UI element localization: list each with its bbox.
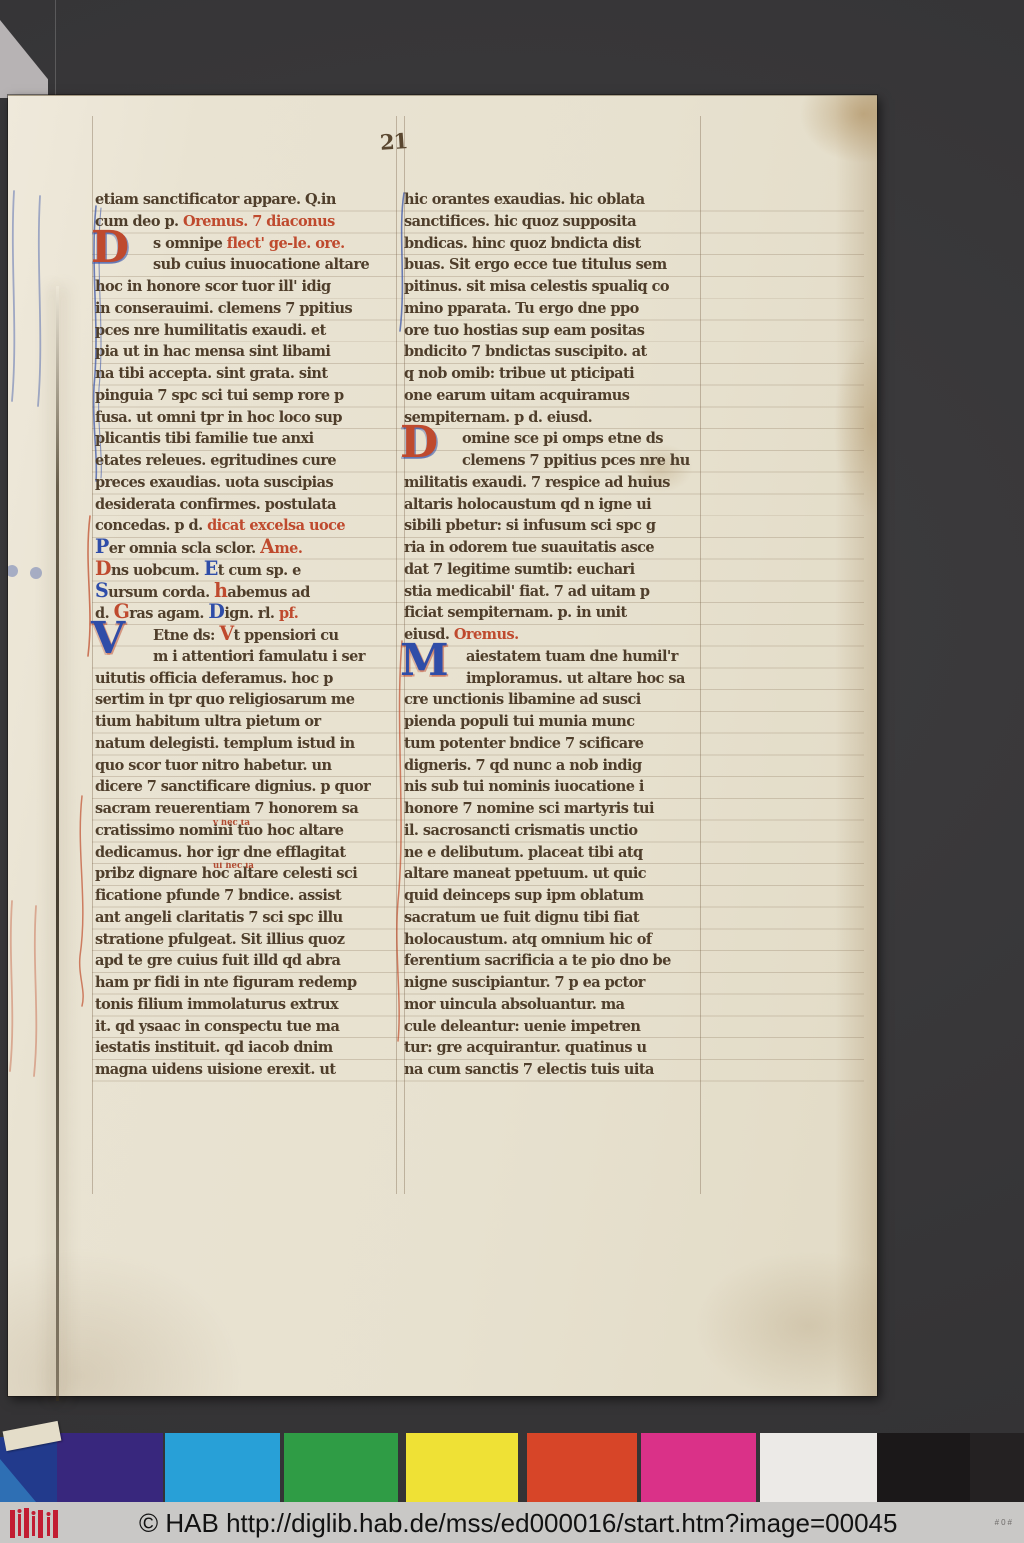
text-segment: etiam sanctificator appare. Q.in — [95, 191, 336, 209]
text-segment: D — [208, 602, 224, 624]
text-line: uitutis officia deferamus. hoc p — [95, 667, 397, 690]
text-segment: me. — [274, 540, 302, 558]
text-segment: quo scor tuor nitro habetur. un — [95, 756, 331, 774]
text-segment: ferentium sacrificia a te pio dno be — [404, 952, 671, 970]
text-line: sacram reuerentiam 7 honorem sa — [95, 798, 397, 821]
color-patch — [760, 1433, 877, 1502]
caption-corner-mark: #0# — [995, 1518, 1014, 1527]
text-segment: sibili pbetur: si infusum sci spc g — [404, 517, 655, 535]
text-segment: pces nre humilitatis exaudi. et — [95, 321, 326, 339]
text-line: mor uincula absoluantur. ma — [404, 993, 706, 1016]
text-line: sacratum ue fuit dignu tibi fiat — [404, 906, 706, 929]
text-segment: Oremus. — [454, 626, 519, 644]
color-patch — [165, 1433, 280, 1502]
text-line: stratione pfulgeat. Sit illius quoz — [95, 928, 397, 951]
text-segment: imploramus. ut altare hoc sa — [466, 669, 685, 687]
text-segment: omine sce pi omps etne ds — [462, 430, 663, 448]
text-line: imploramus. ut altare hoc sa — [404, 667, 768, 690]
caption-text: © HAB http://diglib.hab.de/mss/ed000016/… — [139, 1508, 897, 1539]
text-segment: ns uobcum. — [111, 561, 204, 579]
text-line: v hec tacratissimo nomini tuo hoc altare — [95, 819, 397, 842]
text-segment: sanctifices. hic quoz supposita — [404, 212, 636, 230]
text-segment: ore tuo hostias sup eam positas — [404, 321, 644, 339]
color-patch — [527, 1433, 637, 1502]
text-segment: aiestatem tuam dne humil'r — [466, 647, 678, 665]
text-segment: mor uincula absoluantur. ma — [404, 995, 625, 1013]
gutter-seam — [55, 0, 56, 96]
text-segment: P — [95, 537, 109, 559]
text-line: natum delegisti. templum istud in — [95, 732, 397, 755]
text-line: sanctifices. hic quoz supposita — [404, 210, 706, 233]
text-line: etates releues. egritudines cure — [95, 450, 397, 473]
text-segment: dedicamus. hor igr dne efflagitat — [95, 843, 345, 861]
text-segment: ficiat sempiternam. p. in unit — [404, 604, 627, 622]
text-line: ne e delibutum. placeat tibi atq — [404, 841, 706, 864]
text-segment: etates releues. egritudines cure — [95, 452, 336, 470]
color-patch — [641, 1433, 756, 1502]
illuminated-initial: D — [400, 421, 438, 465]
text-segment: ant angeli claritatis 7 sci spc illu — [95, 908, 343, 926]
text-line: pienda populi tui munia munc — [404, 711, 706, 734]
text-segment: m i attentiori famulatu i ser — [153, 647, 365, 665]
text-line: nigne suscipiantur. 7 p ea pctor — [404, 972, 706, 995]
text-line: ham pr fidi in nte figuram redemp — [95, 972, 397, 995]
text-line: tonis filium immolaturus extrux — [95, 993, 397, 1016]
text-line: ficiat sempiternam. p. in unit — [404, 602, 706, 625]
text-segment: clemens 7 ppitius pces nre hu — [462, 452, 690, 470]
text-segment: desiderata confirmes. postulata — [95, 495, 336, 513]
text-segment: pinguia 7 spc sci tui semp rore p — [95, 386, 344, 404]
text-line: buas. Sit ergo ecce tue titulus sem — [404, 254, 706, 277]
text-segment: cule deleantur: uenie impetren — [404, 1017, 640, 1035]
text-line: sempiternam. p d. eiusd. — [404, 406, 706, 429]
text-line: magna uidens uisione erexit. ut — [95, 1059, 397, 1082]
interlinear-gloss: v hec ta — [213, 819, 250, 826]
color-patch-partial-light — [0, 1459, 36, 1502]
text-segment: tium habitum ultra pietum or — [95, 713, 321, 731]
text-line: sibili pbetur: si infusum sci spc g — [404, 515, 706, 538]
text-line: dicere 7 sanctificare dignius. p quor — [95, 776, 397, 799]
text-line: mino pparata. Tu ergo dne ppo — [404, 297, 706, 320]
text-line: preces exaudias. uota suscipias — [95, 471, 397, 494]
text-segment: ne e delibutum. placeat tibi atq — [404, 843, 643, 861]
page-holder-corner — [0, 20, 48, 98]
interlinear-gloss: ul hec ia — [213, 863, 254, 870]
text-segment: uitutis officia deferamus. hoc p — [95, 669, 333, 687]
text-segment: h — [214, 580, 227, 602]
text-segment: cre unctionis libamine ad susci — [404, 691, 641, 709]
color-patch — [406, 1433, 518, 1502]
text-segment: nis sub tui nominis iuocatione i — [404, 778, 644, 796]
text-segment: ign. rl. — [224, 605, 279, 623]
text-line: Per omnia scla sclor. Ame. — [95, 537, 397, 560]
text-segment: E — [204, 558, 218, 580]
text-segment: in conserauimi. clemens 7 ppitius — [95, 299, 352, 317]
text-line: etiam sanctificator appare. Q.in — [95, 189, 397, 212]
text-line: in conserauimi. clemens 7 ppitius — [95, 297, 397, 320]
text-line: digneris. 7 qd nunc a nob indig — [404, 754, 706, 777]
text-segment: sacram reuerentiam 7 honorem sa — [95, 800, 358, 818]
text-line: pces nre humilitatis exaudi. et — [95, 319, 397, 342]
color-patch — [284, 1433, 398, 1502]
text-segment: tonis filium immolaturus extrux — [95, 995, 338, 1013]
text-segment: t ppensiori cu — [234, 627, 339, 645]
text-line: aiestatem tuam dne humil'r — [404, 645, 768, 668]
text-line: one earum uitam acquiramus — [404, 384, 706, 407]
text-segment: it. qd ysaac in conspectu tue ma — [95, 1017, 339, 1035]
text-segment: na tibi accepta. sint grata. sint — [95, 365, 328, 383]
text-segment: il. sacrosancti crismatis unctio — [404, 821, 637, 839]
text-segment: abemus ad — [227, 583, 309, 601]
text-segment: stratione pfulgeat. Sit illius quoz — [95, 930, 344, 948]
text-segment: digneris. 7 qd nunc a nob indig — [404, 756, 642, 774]
text-segment: natum delegisti. templum istud in — [95, 734, 355, 752]
text-line: tium habitum ultra pietum or — [95, 711, 397, 734]
text-line: quo scor tuor nitro habetur. un — [95, 754, 397, 777]
text-line: clemens 7 ppitius pces nre hu — [404, 450, 764, 473]
text-segment: ursum corda. — [108, 583, 214, 601]
text-segment: sertim in tpr quo religiosarum me — [95, 691, 354, 709]
text-line: plicantis tibi familie tue anxi — [95, 428, 397, 451]
text-line: sertim in tpr quo religiosarum me — [95, 689, 397, 712]
text-segment: iestatis instituit. qd iacob dnim — [95, 1039, 333, 1057]
text-segment: magna uidens uisione erexit. ut — [95, 1061, 335, 1079]
text-segment: bndicas. hinc quoz bndicta dist — [404, 234, 641, 252]
text-segment: pitinus. sit misa celestis spualiq co — [404, 278, 669, 296]
text-segment: na cum sanctis 7 electis tuis uita — [404, 1061, 654, 1079]
text-line: pitinus. sit misa celestis spualiq co — [404, 276, 706, 299]
text-line: omine sce pi omps etne ds — [404, 428, 764, 451]
text-line: it. qd ysaac in conspectu tue ma — [95, 1015, 397, 1038]
illuminated-initial: M — [400, 639, 449, 683]
text-segment: hoc in honore scor tuor ill' idig — [95, 278, 331, 296]
text-segment: stia medicabil' fiat. 7 ad uitam p — [404, 582, 650, 600]
text-segment: s omnipe — [153, 234, 227, 252]
text-line: s omnipe flect' ge-le. ore. — [95, 232, 455, 255]
text-line: concedas. p d. dicat excelsa uoce — [95, 515, 397, 538]
text-line: ria in odorem tue suauitatis asce — [404, 537, 706, 560]
text-line: tum potenter bndice 7 scificare — [404, 732, 706, 755]
text-line: altare maneat ppetuum. ut quic — [404, 863, 706, 886]
text-segment: ria in odorem tue suauitatis asce — [404, 539, 654, 557]
folio-number: 21 — [379, 128, 408, 155]
text-line: ficatione pfunde 7 bndice. assist — [95, 885, 397, 908]
text-segment: altare maneat ppetuum. ut quic — [404, 865, 646, 883]
text-line: desiderata confirmes. postulata — [95, 493, 397, 516]
text-line: bndicas. hinc quoz bndicta dist — [404, 232, 706, 255]
illuminated-initial: V — [91, 617, 125, 661]
text-line: cum deo p. Oremus. 7 diaconus — [95, 210, 397, 233]
color-patch — [970, 1433, 1024, 1502]
text-segment: honore 7 nomine sci martyris tui — [404, 800, 654, 818]
text-segment: fusa. ut omni tpr in hoc loco sup — [95, 408, 342, 426]
text-segment: apd te gre cuius fuit illd qd abra — [95, 952, 340, 970]
text-segment: A — [260, 537, 274, 559]
text-segment: holocaustum. atq omnium hic of — [404, 930, 652, 948]
text-line: militatis exaudi. 7 respice ad huius — [404, 471, 706, 494]
text-segment: plicantis tibi familie tue anxi — [95, 430, 314, 448]
text-line: dedicamus. hor igr dne efflagitat — [95, 841, 397, 864]
hab-logo-icon — [8, 1505, 80, 1541]
text-segment: nigne suscipiantur. 7 p ea pctor — [404, 974, 645, 992]
text-segment: flect' ge-le. ore. — [227, 234, 345, 252]
text-segment: dicere 7 sanctificare dignius. p quor — [95, 778, 370, 796]
text-line: quid deinceps sup ipm oblatum — [404, 885, 706, 908]
text-line: pia ut in hac mensa sint libami — [95, 341, 397, 364]
text-line: Dns uobcum. Et cum sp. e — [95, 558, 397, 581]
caption-bar: © HAB http://diglib.hab.de/mss/ed000016/… — [0, 1502, 1024, 1543]
text-segment: q nob omib: tribue ut pticipati — [404, 365, 634, 383]
text-segment: pf. — [279, 605, 298, 623]
text-segment: one earum uitam acquiramus — [404, 386, 629, 404]
text-line: nis sub tui nominis iuocatione i — [404, 776, 706, 799]
text-segment: V — [219, 624, 233, 646]
text-segment: tur: gre acquirantur. quatinus u — [404, 1039, 647, 1057]
color-patch — [57, 1433, 163, 1502]
text-line: pinguia 7 spc sci tui semp rore p — [95, 384, 397, 407]
text-line: cre unctionis libamine ad susci — [404, 689, 706, 712]
text-segment: sacratum ue fuit dignu tibi fiat — [404, 908, 639, 926]
text-segment: dat 7 legitime sumtib: euchari — [404, 560, 635, 578]
text-segment: tum potenter bndice 7 scificare — [404, 734, 643, 752]
text-line: ferentium sacrificia a te pio dno be — [404, 950, 706, 973]
text-line: sub cuius inuocatione altare — [95, 254, 455, 277]
text-segment: ham pr fidi in nte figuram redemp — [95, 974, 357, 992]
text-segment: altaris holocaustum qd n igne ui — [404, 495, 651, 513]
text-line: apd te gre cuius fuit illd qd abra — [95, 950, 397, 973]
text-segment: sub cuius inuocatione altare — [153, 256, 369, 274]
scan-background: 21 etiam sanctificator appare. Q.incum d… — [0, 0, 1024, 1543]
text-segment: pienda populi tui munia munc — [404, 713, 635, 731]
text-line: ul hec iapribz dignare hoc altare celest… — [95, 863, 397, 886]
text-segment: hic orantes exaudias. hic oblata — [404, 191, 645, 209]
text-segment: pia ut in hac mensa sint libami — [95, 343, 330, 361]
text-line: iestatis instituit. qd iacob dnim — [95, 1037, 397, 1060]
illuminated-initial: D — [91, 226, 129, 270]
text-line: cule deleantur: uenie impetren — [404, 1015, 706, 1038]
text-line: ore tuo hostias sup eam positas — [404, 319, 706, 342]
text-line: altaris holocaustum qd n igne ui — [404, 493, 706, 516]
text-segment: quid deinceps sup ipm oblatum — [404, 887, 643, 905]
text-line: hoc in honore scor tuor ill' idig — [95, 276, 397, 299]
text-segment: buas. Sit ergo ecce tue titulus sem — [404, 256, 667, 274]
text-line: na tibi accepta. sint grata. sint — [95, 363, 397, 386]
text-line: dat 7 legitime sumtib: euchari — [404, 558, 706, 581]
text-segment: er omnia scla sclor. — [109, 540, 260, 558]
text-line: d. Gras agam. Dign. rl. pf. — [95, 602, 397, 625]
text-line: Sursum corda. habemus ad — [95, 580, 397, 603]
text-segment: militatis exaudi. 7 respice ad huius — [404, 473, 670, 491]
text-line: q nob omib: tribue ut pticipati — [404, 363, 706, 386]
text-line: hic orantes exaudias. hic oblata — [404, 189, 706, 212]
text-line: bndicito 7 bndictas suscipito. at — [404, 341, 706, 364]
text-line: stia medicabil' fiat. 7 ad uitam p — [404, 580, 706, 603]
manuscript-page: 21 etiam sanctificator appare. Q.incum d… — [8, 95, 877, 1396]
text-segment: ficatione pfunde 7 bndice. assist — [95, 887, 341, 905]
text-segment: mino pparata. Tu ergo dne ppo — [404, 299, 639, 317]
text-line: eiusd. Oremus. — [404, 624, 706, 647]
text-segment: S — [95, 580, 108, 602]
text-line: na cum sanctis 7 electis tuis uita — [404, 1059, 706, 1082]
text-segment: preces exaudias. uota suscipias — [95, 473, 333, 491]
text-segment: Oremus. 7 diaconus — [183, 212, 335, 230]
text-line: honore 7 nomine sci martyris tui — [404, 798, 706, 821]
text-segment: t cum sp. e — [218, 561, 301, 579]
text-segment: D — [95, 558, 111, 580]
text-line: ant angeli claritatis 7 sci spc illu — [95, 906, 397, 929]
text-segment: ras agam. — [129, 605, 208, 623]
text-line: tur: gre acquirantur. quatinus u — [404, 1037, 706, 1060]
text-segment: bndicito 7 bndictas suscipito. at — [404, 343, 647, 361]
text-line: fusa. ut omni tpr in hoc loco sup — [95, 406, 397, 429]
color-patch — [877, 1433, 970, 1502]
text-segment: concedas. p d. — [95, 517, 207, 535]
text-line: holocaustum. atq omnium hic of — [404, 928, 706, 951]
text-segment: dicat excelsa uoce — [207, 517, 345, 535]
text-line: il. sacrosancti crismatis unctio — [404, 819, 706, 842]
text-segment: Etne ds: — [153, 627, 219, 645]
